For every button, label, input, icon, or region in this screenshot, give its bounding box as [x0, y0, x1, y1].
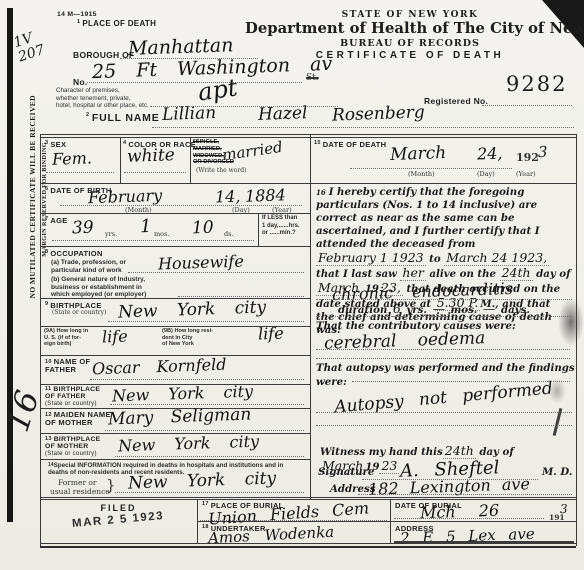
marital-hint: (Write the word) [196, 167, 246, 174]
bpm-l1: BIRTHPLACE [54, 436, 101, 443]
dob-sub-year: (Year) [272, 206, 292, 214]
howlong-us-value: life [102, 327, 128, 347]
birthplace-value: New York city [118, 297, 267, 322]
rule [115, 492, 304, 493]
age-ds-unit: ds. [224, 230, 234, 238]
bpf-l3: (State or country) [45, 401, 97, 407]
rule [316, 299, 572, 300]
rule [40, 246, 310, 247]
full-name-middle: Hazel [258, 103, 308, 125]
rule [352, 381, 570, 382]
place-of-death-label: 1PLACE OF DEATH [77, 19, 156, 28]
occ-text: OCCUPATION [50, 249, 102, 258]
duration-days-value: — [481, 301, 498, 317]
certify-s1: to [429, 253, 441, 265]
rule [40, 213, 310, 214]
field1-number: 1 [77, 19, 80, 25]
rule [482, 105, 572, 106]
duration-u3: days. [501, 304, 530, 316]
date-of-death-month: March [390, 143, 447, 165]
rule [115, 456, 304, 457]
rule [316, 349, 570, 350]
premises-l2: whether tenement, private, [56, 95, 131, 102]
bpf-number: 11 [45, 386, 51, 392]
howlong-us-label: (9A) How long in U. S. (if of for- eign … [44, 328, 88, 348]
rule [110, 404, 304, 405]
rule [576, 134, 577, 546]
occupation-value: Housewife [158, 252, 244, 274]
father-name-label: 10NAME OFFATHER [45, 358, 90, 374]
street-struck-st: St. [306, 73, 319, 83]
bureau-heading: BUREAU OF RECORDS [245, 38, 575, 49]
duration-u1: yrs. [406, 304, 427, 316]
age-years-value: 39 [72, 218, 94, 239]
filed-label: FILED [40, 503, 197, 513]
rule [40, 134, 41, 546]
howlong-us-l3: eign birth) [44, 341, 71, 347]
father-name-value: Oscar Kornfeld [92, 355, 227, 379]
md-suffix: M. D. [542, 466, 572, 479]
howlong-us-tag: (9A) [44, 328, 55, 334]
rule [40, 497, 576, 498]
race-value: white [127, 145, 176, 167]
dod-number: 15 [314, 140, 321, 146]
duration-label: duration [338, 304, 387, 316]
certify-her: her [400, 265, 425, 281]
occupation-b-label: (b) General nature of Industry, business… [51, 276, 146, 299]
sex-value: Fem. [52, 148, 93, 168]
rule [40, 134, 576, 135]
occ-a2: particular kind of work [51, 267, 122, 274]
handwritten-margin-note: 1V 207 [12, 29, 47, 66]
rule [60, 205, 302, 206]
rule [200, 520, 387, 521]
death-certificate-scan: NO MUTILATED CERTIFICATE WILL BE RECEIVE… [0, 0, 584, 570]
mother-l2: OF MOTHER [45, 418, 93, 427]
rule [128, 272, 304, 273]
rule [40, 546, 576, 548]
bpm-l2: OF MOTHER [45, 443, 88, 450]
occ-a1: (a) Trade, profession, or [51, 259, 126, 266]
duration-years-value: 6 [391, 301, 403, 317]
date-of-death-year-written: 3 [538, 143, 548, 161]
mother-birthplace-value: New York city [118, 432, 260, 456]
occ-b3: which employed (or employer) [51, 291, 146, 298]
bp-number: 9 [45, 301, 48, 307]
premises-l3: hotel, hospital or other place, etc. [56, 102, 149, 109]
rule [310, 134, 311, 499]
field1-text: PLACE OF DEATH [82, 19, 156, 28]
fullname-text: FULL NAME [92, 112, 160, 124]
certify-to-value: March 24 1923, [444, 250, 549, 266]
burial-year-written: 3 [560, 502, 568, 516]
rule [40, 183, 576, 184]
age-number: 7 [45, 216, 48, 222]
rule [105, 430, 304, 431]
duration-u2: mos. [451, 304, 478, 316]
witness-s1: day of [479, 446, 513, 458]
premises-label: Character of premises, whether tenement,… [56, 87, 149, 110]
father-l2: FATHER [45, 365, 76, 374]
bpm-number: 13 [45, 436, 52, 442]
howlong-us-l1: How long in [56, 328, 88, 334]
filed-date-stamp: MAR 2 5 1923 [72, 510, 165, 530]
occ-number: 8 [45, 249, 48, 255]
occ-b1: (b) General nature of Industry, [51, 276, 145, 283]
rule [394, 518, 544, 519]
age-mos-unit: mos. [154, 230, 169, 238]
age-less2: 1 day,......hrs. [262, 223, 300, 229]
age-label: 7AGE [45, 216, 68, 225]
street-number-label: No. [73, 77, 88, 87]
rule [316, 425, 572, 426]
binding-edge-bar [7, 8, 13, 522]
certify-s3: alive on the [429, 268, 496, 280]
sex-text: SEX [50, 140, 66, 149]
form-number: 14 M—1915 [57, 11, 97, 18]
rule [52, 240, 254, 241]
full-name-last: Rosenberg [332, 102, 425, 125]
rule [316, 358, 570, 359]
date-of-death-label: 15DATE OF DEATH [314, 140, 386, 149]
occupation-a-label: (a) Trade, profession, or particular kin… [51, 259, 126, 274]
certify-number: 16 [316, 188, 326, 197]
rule [46, 172, 114, 173]
duration-months-value: — [430, 301, 447, 317]
bpm-l3: (State or country) [45, 451, 97, 457]
rule [178, 296, 304, 297]
howlong-ny-l3: of New York [162, 341, 194, 347]
margin-binding-text: MARGIN RESERVED FOR BINDING [41, 142, 48, 257]
howlong-ny-tag: (9B) [162, 328, 173, 334]
date-of-death-year-printed: 192 [516, 151, 539, 164]
signature-label: Signature [318, 466, 374, 479]
autopsy-label-line1: That autopsy was performed and the findi… [316, 362, 575, 375]
former-residence-l2: usual residence [50, 487, 110, 496]
father-birthplace-value: New York city [112, 382, 254, 406]
rule [120, 137, 121, 183]
howlong-ny-l1: How long resi- [174, 328, 213, 334]
age-yrs-unit: yrs. [105, 230, 117, 238]
premises-value: apt [196, 73, 239, 106]
age-months-value: 1 [140, 216, 152, 237]
fullname-number: 2 [86, 112, 90, 118]
occupation-label: 8OCCUPATION [45, 249, 103, 258]
howlong-ny-value: life [258, 324, 284, 344]
date-of-death-day: 24, [477, 144, 503, 164]
premises-l1: Character of premises, [56, 87, 120, 94]
witness-year-value: 23 [379, 458, 399, 474]
bpf-l2: OF FATHER [45, 393, 86, 400]
rule [358, 494, 572, 495]
dod-text: DATE OF DEATH [323, 140, 387, 149]
mother-maiden-value: Mary Seligman [108, 405, 252, 430]
rule [394, 541, 574, 543]
registered-no-label: Registered No. [424, 96, 488, 106]
physician-address-value: 182 Lexington ave [368, 474, 530, 499]
sex-number: 3 [45, 140, 48, 146]
age-days-value: 10 [192, 218, 214, 239]
dob-sub-month: (Month) [125, 206, 152, 214]
rule [40, 459, 310, 460]
certify-s4: day of [536, 268, 570, 280]
department-heading: Department of Health of The City of New … [245, 20, 575, 37]
rule [258, 213, 259, 246]
rule [90, 379, 304, 380]
burial-number: 17 [202, 501, 209, 507]
rule [316, 316, 572, 317]
former-residence-value: New York city [128, 468, 277, 493]
age-text: AGE [50, 216, 67, 225]
rule [152, 127, 574, 128]
certify-s0: I hereby certify that the foregoing part… [316, 186, 540, 250]
date-of-burial-value: Mch 26 [420, 501, 500, 523]
dod-sub-month: (Month) [408, 170, 435, 178]
dob-sub-day: (Day) [232, 206, 250, 214]
duration-line: duration 6 yrs. — mos. — days. [338, 302, 530, 317]
rule [316, 412, 572, 413]
rule [87, 82, 302, 83]
dod-sub-day: (Day) [477, 170, 495, 178]
date-of-birth-day: 14, [215, 187, 241, 207]
margin-warning-text: NO MUTILATED CERTIFICATE WILL BE RECEIVE… [28, 95, 37, 298]
dob-number: 6 [45, 186, 48, 192]
rule [124, 172, 186, 173]
certify-from-value: February 1 1923 [316, 250, 426, 266]
rule [350, 168, 512, 169]
witness-s0: Witness my hand this [320, 446, 443, 458]
age-less-than-label: If LESS than 1 day,......hrs. or ......m… [262, 215, 300, 238]
howlong-ny-label: (9B) How long resi- dent in City of New … [162, 328, 213, 348]
marital-word1: SINGLE, [196, 139, 219, 145]
mother-maiden-label: 12MAIDEN NAMEOF MOTHER [45, 411, 111, 427]
occ-b2: business or establishment in [51, 284, 142, 291]
sex-label: 3SEX [45, 140, 66, 149]
witness-day-value: 24th [443, 443, 476, 459]
full-name-label: 2FULL NAME [86, 112, 160, 124]
howlong-ny-l2: dent in City [162, 335, 192, 341]
bpf-l1: BIRTHPLACE [53, 386, 100, 393]
certify-s2: that I last saw [316, 268, 397, 280]
race-number: 4 [123, 140, 126, 146]
age-less3: or ......min.? [262, 230, 296, 236]
full-name-first: Lillian [162, 103, 217, 125]
registered-no-value: 9282 [506, 72, 567, 96]
age-less1: If LESS than [262, 215, 297, 221]
father-birthplace-label: 11BIRTHPLACEOF FATHER(State or country) [45, 386, 100, 408]
date-of-birth-year: 1884 [245, 185, 286, 205]
state-heading: STATE OF NEW YORK [245, 10, 575, 20]
howlong-us-l2: U. S. (if of for- [44, 335, 81, 341]
rule [108, 321, 304, 322]
mother-birthplace-label: 13BIRTHPLACEOF MOTHER(State or country) [45, 436, 101, 458]
former-residence-l1: Former or [58, 478, 97, 487]
autopsy-label-line2: were: [316, 376, 347, 389]
dod-sub-year: (Year) [516, 170, 536, 178]
birthplace-sub: (State or country) [52, 309, 106, 316]
